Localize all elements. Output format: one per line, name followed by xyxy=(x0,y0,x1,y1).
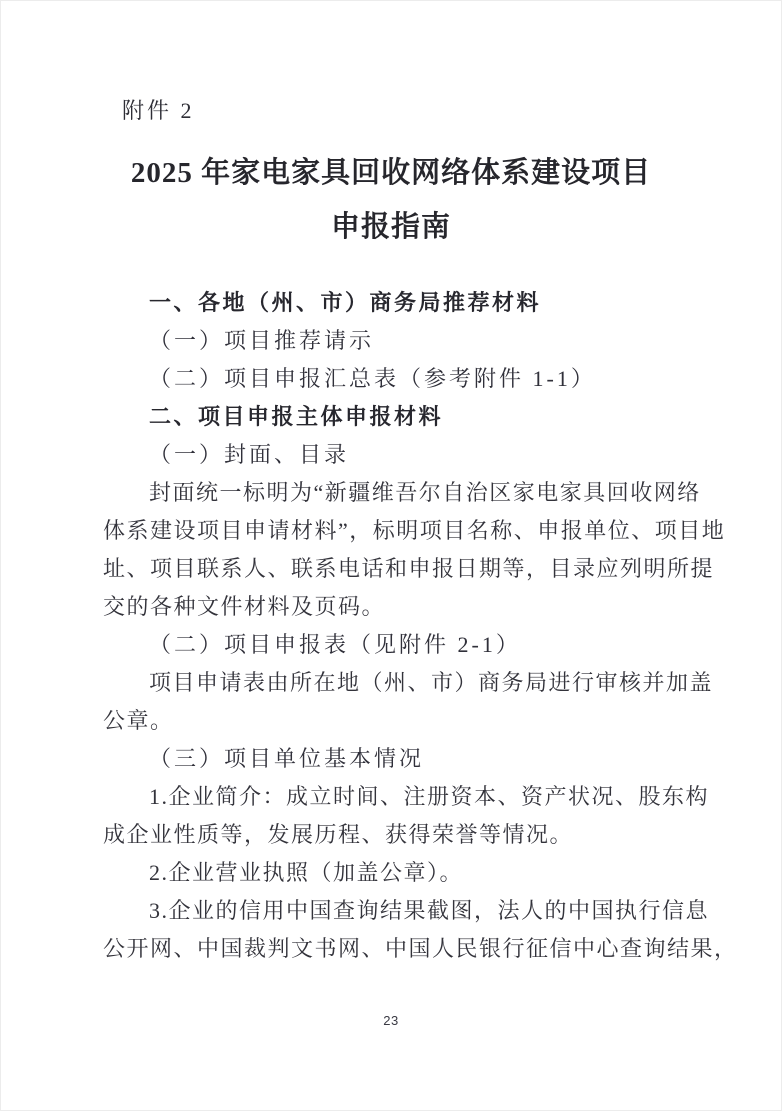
body-line: 封面统一标明为“新疆维吾尔自治区家电家具回收网络 xyxy=(103,474,689,512)
body-line: 体系建设项目申请材料”，标明项目名称、申报单位、项目地 xyxy=(103,512,689,550)
page-number: 23 xyxy=(0,1013,782,1028)
body-line: 公章。 xyxy=(103,702,689,740)
body-line: 交的各种文件材料及页码。 xyxy=(103,588,689,626)
body-line: （二）项目申报表（见附件 2-1） xyxy=(103,626,689,664)
document-title-line1: 2025 年家电家具回收网络体系建设项目 xyxy=(0,146,782,200)
body-line: （一）封面、目录 xyxy=(103,436,689,474)
body-line: 址、项目联系人、联系电话和申报日期等，目录应列明所提 xyxy=(103,550,689,588)
document-body: 一、各地（州、市）商务局推荐材料（一）项目推荐请示（二）项目申报汇总表（参考附件… xyxy=(103,284,689,968)
body-line: 成企业性质等，发展历程、获得荣誉等情况。 xyxy=(103,816,689,854)
body-line: （三）项目单位基本情况 xyxy=(103,740,689,778)
body-line: 项目申请表由所在地（州、市）商务局进行审核并加盖 xyxy=(103,664,689,702)
document-page: 附件 2 2025 年家电家具回收网络体系建设项目 申报指南 一、各地（州、市）… xyxy=(0,0,782,1111)
body-line: （二）项目申报汇总表（参考附件 1-1） xyxy=(103,360,689,398)
attachment-label: 附件 2 xyxy=(122,94,195,125)
document-title-line2: 申报指南 xyxy=(0,200,782,254)
body-line: 一、各地（州、市）商务局推荐材料 xyxy=(103,284,689,322)
document-title: 2025 年家电家具回收网络体系建设项目 申报指南 xyxy=(0,146,782,254)
body-line: 1.企业简介：成立时间、注册资本、资产状况、股东构 xyxy=(103,778,689,816)
body-line: 2.企业营业执照（加盖公章）。 xyxy=(103,854,689,892)
body-line: 3.企业的信用中国查询结果截图，法人的中国执行信息 xyxy=(103,892,689,930)
body-line: 公开网、中国裁判文书网、中国人民银行征信中心查询结果， xyxy=(103,930,689,968)
body-line: 二、项目申报主体申报材料 xyxy=(103,398,689,436)
body-line: （一）项目推荐请示 xyxy=(103,322,689,360)
